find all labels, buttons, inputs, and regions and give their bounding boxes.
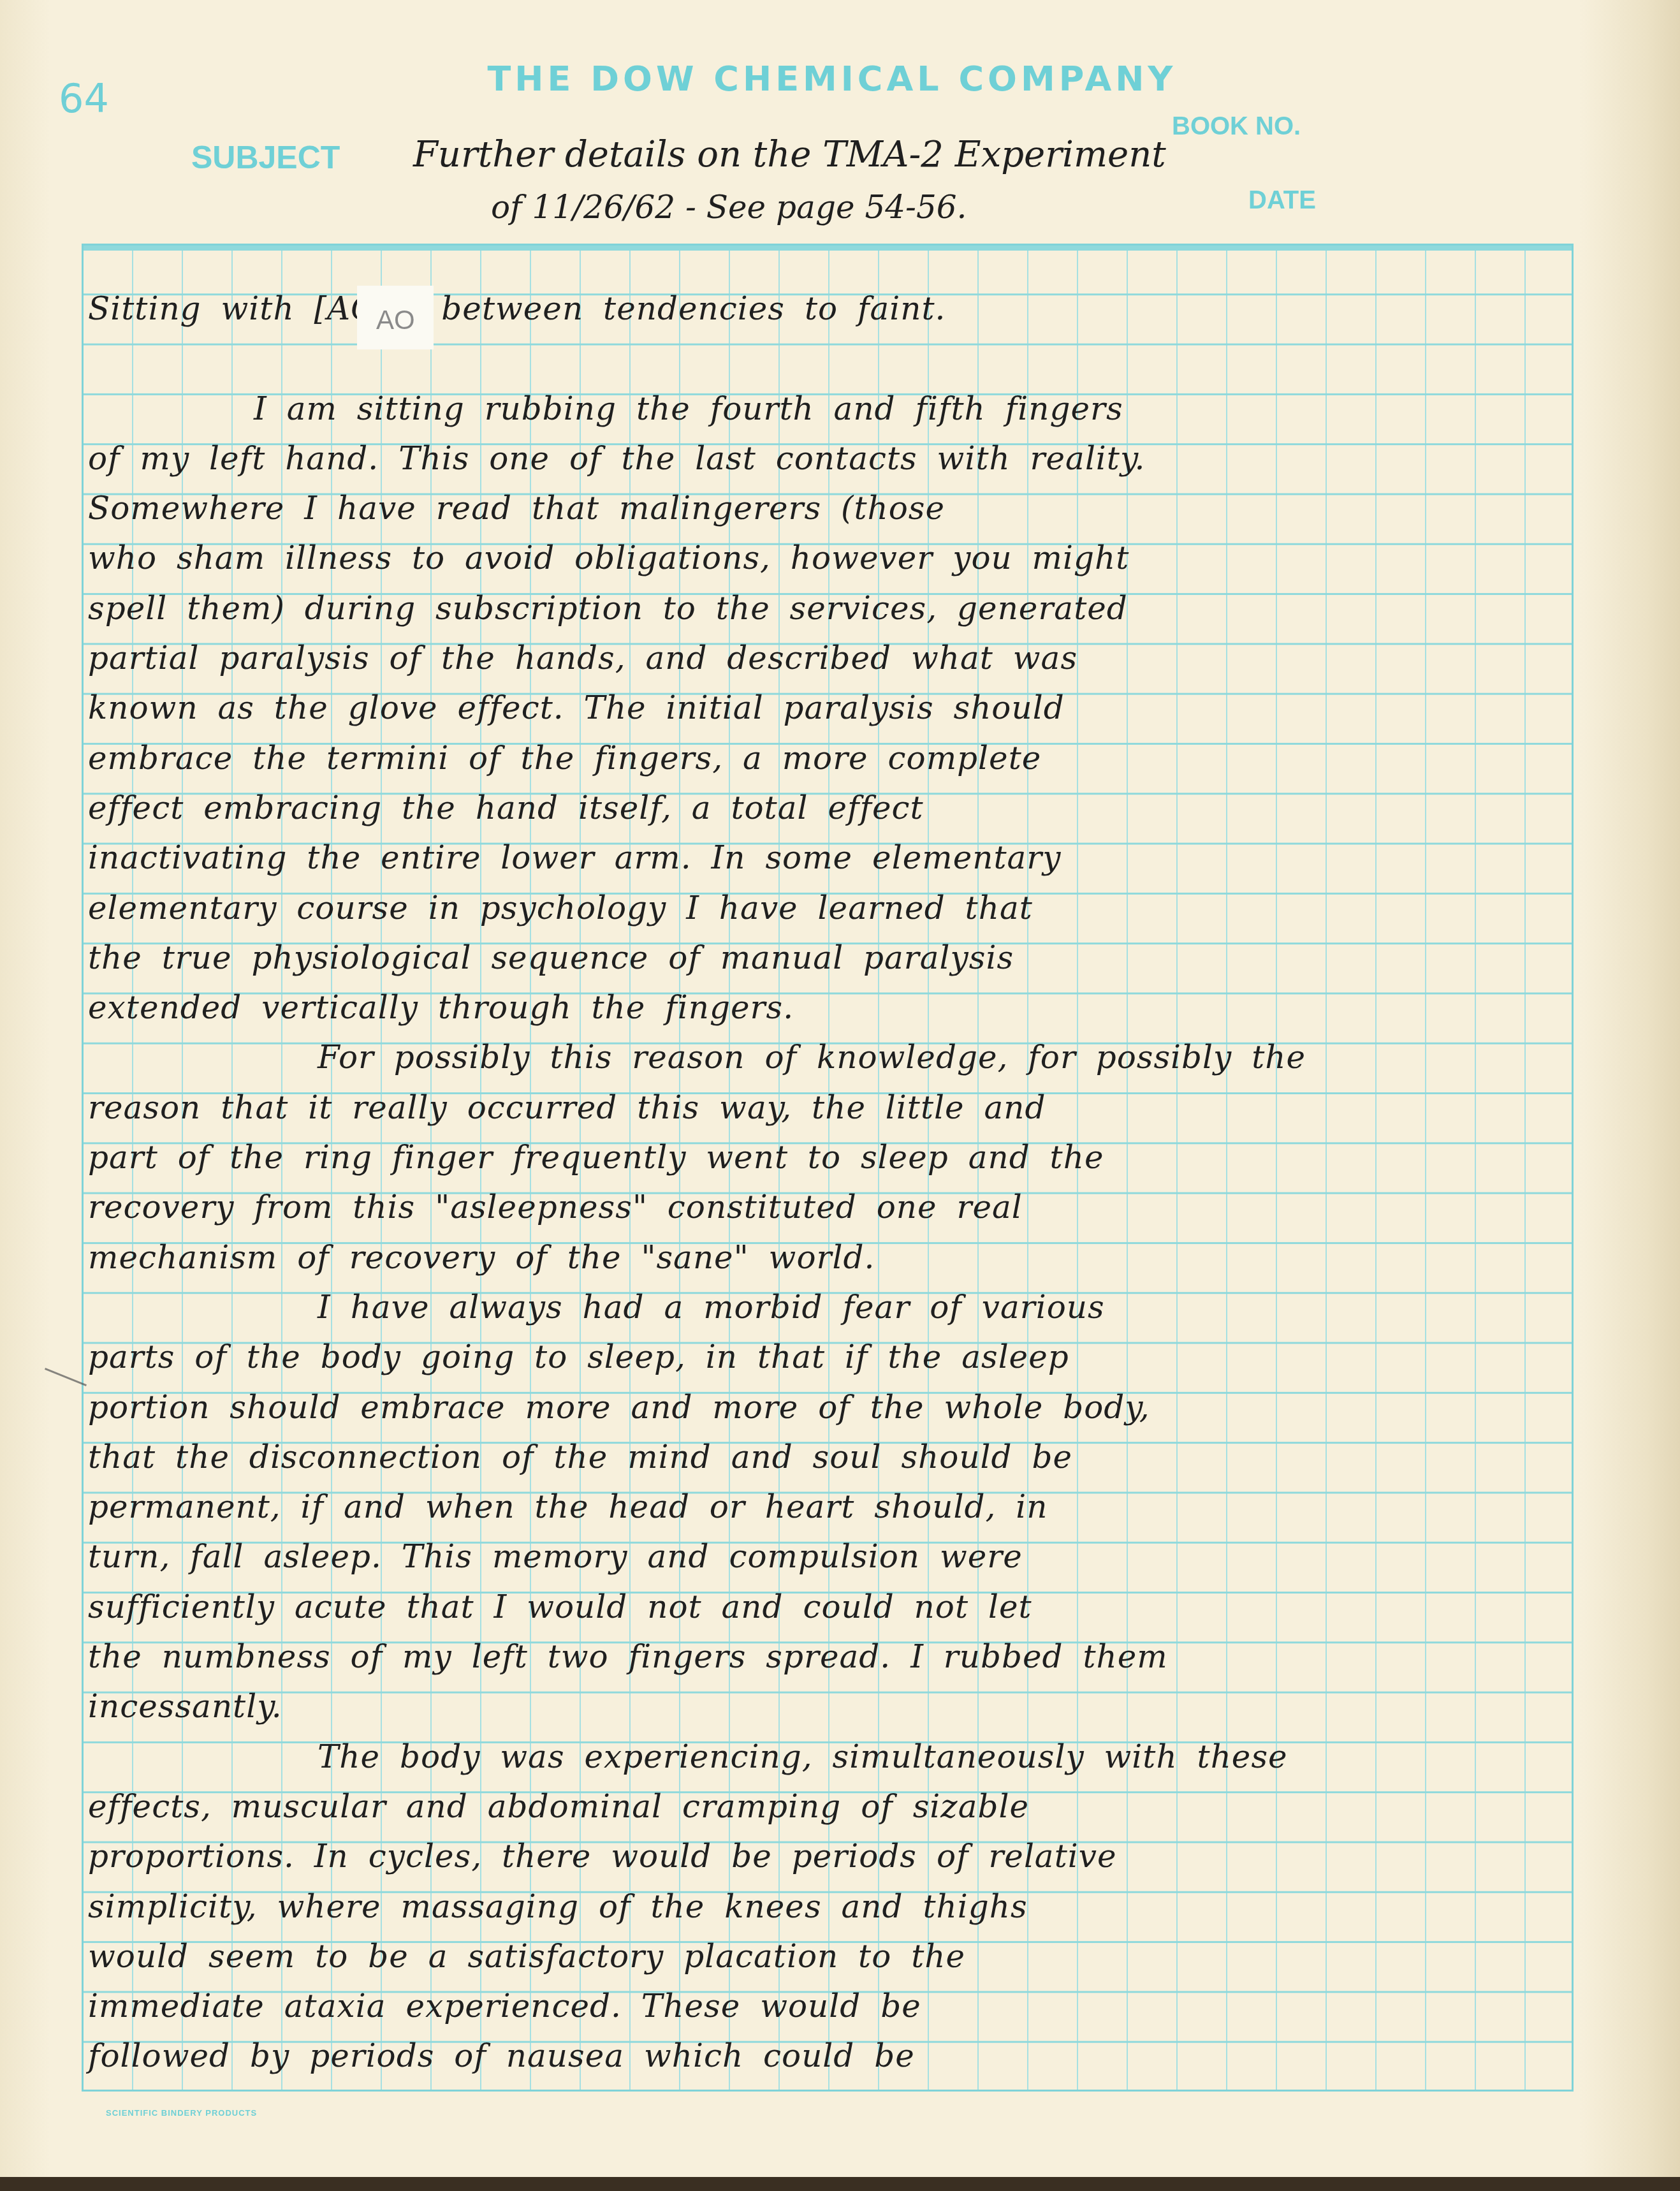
text-line: followed by periods of nausea which coul… xyxy=(88,2031,1644,2081)
blank-line xyxy=(88,333,1644,383)
text-line: inactivating the entire lower arm. In so… xyxy=(88,833,1644,883)
subject-text-line-1: Further details on the TMA-2 Experiment xyxy=(413,134,1166,175)
notebook-page: 64 THE DOW CHEMICAL COMPANY SUBJECT BOOK… xyxy=(0,0,1680,2191)
text-line: elementary course in psychology I have l… xyxy=(88,883,1644,933)
text-line: incessantly. xyxy=(88,1682,1644,1731)
text-line: mechanism of recovery of the "sane" worl… xyxy=(88,1233,1644,1282)
text-line: I have always had a morbid fear of vario… xyxy=(88,1282,1644,1332)
text-line: part of the ring finger frequently went … xyxy=(88,1132,1644,1182)
text-line: I am sitting rubbing the fourth and fift… xyxy=(88,384,1644,434)
text-line: For possibly this reason of knowledge, f… xyxy=(88,1032,1644,1082)
text-line: reason that it really occurred this way,… xyxy=(88,1083,1644,1132)
text-line: who sham illness to avoid obligations, h… xyxy=(88,533,1644,583)
subject-text-line-2: of 11/26/62 - See page 54-56. xyxy=(491,189,967,226)
text-line: Somewhere I have read that malingerers (… xyxy=(88,483,1644,533)
page-bottom-edge xyxy=(0,2177,1680,2191)
text-line: known as the glove effect. The initial p… xyxy=(88,683,1644,733)
text-line: would seem to be a satisfactory placatio… xyxy=(88,1931,1644,1981)
subject-label: SUBJECT xyxy=(191,139,340,176)
handwritten-body: Sitting with [AO] - between tendencies t… xyxy=(88,284,1644,2081)
margin-pencil-mark xyxy=(45,1368,87,1386)
date-label: DATE xyxy=(1248,186,1316,215)
text-line: turn, fall asleep. This memory and compu… xyxy=(88,1532,1644,1581)
text-line: The body was experiencing, simultaneousl… xyxy=(88,1732,1644,1782)
company-heading: THE DOW CHEMICAL COMPANY xyxy=(402,59,1262,99)
bindery-imprint: SCIENTIFIC BINDERY PRODUCTS xyxy=(106,2108,257,2118)
text-line: proportions. In cycles, there would be p… xyxy=(88,1831,1644,1881)
text-line: sufficiently acute that I would not and … xyxy=(88,1582,1644,1632)
text-line: simplicity, where massaging of the knees… xyxy=(88,1882,1644,1931)
text-line: portion should embrace more and more of … xyxy=(88,1382,1644,1432)
text-line: the true physiological sequence of manua… xyxy=(88,933,1644,983)
text-line: partial paralysis of the hands, and desc… xyxy=(88,633,1644,683)
redaction-label: AO xyxy=(376,305,415,335)
text-line: parts of the body going to sleep, in tha… xyxy=(88,1332,1644,1382)
text-line: Sitting with [AO] - between tendencies t… xyxy=(88,284,1644,333)
text-line: of my left hand. This one of the last co… xyxy=(88,434,1644,483)
text-line: embrace the termini of the fingers, a mo… xyxy=(88,733,1644,783)
book-no-label: BOOK NO. xyxy=(1172,112,1301,141)
text-line: recovery from this "asleepness" constitu… xyxy=(88,1182,1644,1232)
page-number: 64 xyxy=(59,75,109,122)
text-line: permanent, if and when the head or heart… xyxy=(88,1482,1644,1532)
text-line: immediate ataxia experienced. These woul… xyxy=(88,1981,1644,2031)
text-line: extended vertically through the fingers. xyxy=(88,983,1644,1032)
text-line: that the disconnection of the mind and s… xyxy=(88,1432,1644,1482)
text-line: the numbness of my left two fingers spre… xyxy=(88,1632,1644,1682)
text-line: effects, muscular and abdominal cramping… xyxy=(88,1782,1644,1831)
text-line: spell them) during subscription to the s… xyxy=(88,583,1644,633)
text-line: effect embracing the hand itself, a tota… xyxy=(88,783,1644,833)
